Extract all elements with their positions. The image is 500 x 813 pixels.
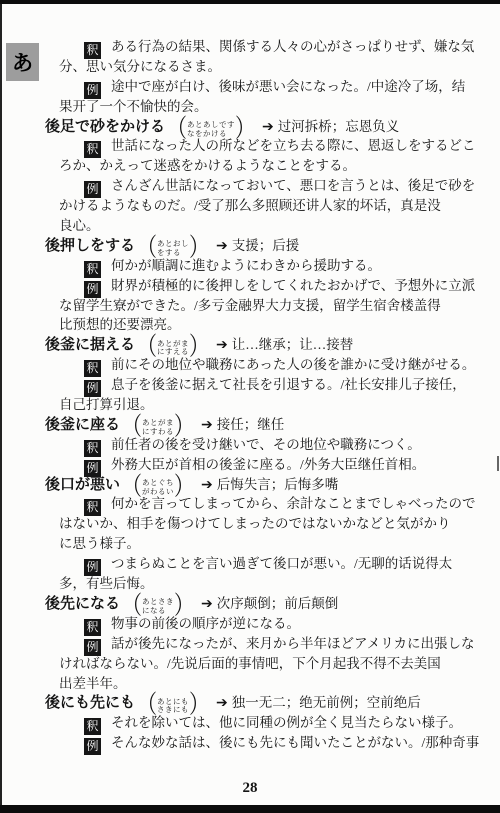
dict-line: 果开了一个不愉快的会。	[0, 97, 500, 117]
line-text: 果开了一个不愉快的会。	[59, 99, 208, 114]
line-text: 息子を後釜に据えて社長を引退する。/社长安排儿子接任，	[111, 377, 466, 392]
paren-open: （	[137, 236, 157, 261]
dict-line: 例さんざん世話になっておいて、悪口を言うとは、後足で砂を	[0, 176, 500, 196]
line-text: 良心。	[59, 218, 100, 233]
line-text: 財界が積極的に後押しをしてくれたおかげで、予想外に立派	[111, 278, 475, 293]
dict-line: 良心。	[0, 216, 500, 236]
paren-close: ）	[235, 117, 255, 142]
line-text: 外務大臣が首相の後釜に座る。/外务大臣继任首相。	[111, 457, 425, 472]
entry-headword: 後口が悪い	[45, 476, 120, 493]
dict-line: な留学生寮ができた。/多亏金融界大力支援，留学生宿舍楼盖得	[0, 296, 500, 316]
furigana-reading: あとさきになる	[142, 598, 174, 615]
chinese-translation: 过河拆桥；忘恩负义	[278, 119, 400, 134]
entry-headline: 後先になる（あとさきになる）➔次序颠倒；前后颠倒	[0, 594, 500, 614]
scan-border-top	[0, 0, 500, 4]
dict-line: 出差半年。	[0, 674, 500, 694]
furigana-reading: あとがまにすえる	[157, 340, 189, 357]
paren-close: ）	[174, 415, 194, 440]
dict-line: 釈何かが順調に進むようにわきから援助する。	[0, 256, 500, 276]
line-text: 比预想的还要漂亮。	[59, 317, 181, 332]
arrow-icon: ➔	[262, 120, 274, 135]
dict-line: ろか、かえって迷惑をかけるようなことをする。	[0, 156, 500, 176]
dict-line: 多，有些后悔。	[0, 574, 500, 594]
dict-line: 釈前任者の後を受け継いで、その地位や職務につく。	[0, 435, 500, 455]
entry-headword: 後押しをする	[45, 237, 135, 254]
dict-line: 釈前にその地位や職務にあった人の後を誰かに受け継がせる。	[0, 355, 500, 375]
dict-line: 例息子を後釜に据えて社長を引退する。/社长安排儿子接任，	[0, 375, 500, 395]
dict-line: 比预想的还要漂亮。	[0, 315, 500, 335]
line-text: はないか、相手を傷つけてしまったのではないかなどと気がかり	[59, 516, 451, 531]
paren-open: （	[122, 475, 142, 500]
furigana-reading: あとおしをする	[157, 240, 189, 257]
paren-open: （	[137, 694, 157, 719]
paren-close: ）	[189, 336, 209, 361]
dict-line: かけるようなものだ。/受了那么多照顾还讲人家的坏话，真是没	[0, 196, 500, 216]
line-text: ろか、かえって迷惑をかけるようなことをする。	[59, 158, 356, 173]
line-text: 途中で座が白け、後味が悪い会になった。/中途冷了场，结	[111, 79, 465, 94]
line-text: 多，有些后悔。	[59, 576, 154, 591]
dict-line: 釈物事の前後の順序が逆になる。	[0, 614, 500, 634]
paren-open: （	[137, 336, 157, 361]
furigana-reading: あとにもさきにも	[157, 698, 189, 715]
line-text: ある行為の結果、関係する人々の心がさっぱりせず、嫌な気	[111, 39, 474, 54]
furigana-reading: あとぐちがわるい	[142, 479, 174, 496]
scan-border-bottom	[0, 805, 500, 813]
line-text: それを除いては、他に同種の例が全く見当たらない様子。	[111, 715, 462, 730]
furigana-reading: あとあしですなをかける	[187, 121, 235, 138]
dict-line: 釈何かを言ってしまってから、余計なことまでしゃべったので	[0, 494, 500, 514]
arrow-icon: ➔	[201, 597, 213, 612]
paren-close: ）	[189, 694, 209, 719]
line-text: つまらぬことを言い過ぎて後口が悪い。/无聊的话说得太	[111, 556, 452, 571]
entry-headword: 後足で砂をかける	[45, 118, 165, 135]
page-number: 28	[0, 780, 500, 797]
chinese-translation: 后悔失言；后悔多嘴	[217, 477, 339, 492]
entry-headword: 後釜に据える	[45, 336, 135, 353]
line-text: さんざん世話になっておいて、悪口を言うとは、後足で砂を	[111, 178, 475, 193]
dictionary-page: あ 釈ある行為の結果、関係する人々の心がさっぱりせず、嫌な気 分、思い気分になる…	[0, 0, 500, 813]
entry-headword: 後にも先にも	[45, 694, 135, 711]
line-text: 世話になった人の所などを立ち去る際に、恩返しをするどこ	[111, 138, 476, 153]
dict-line: 例外務大臣が首相の後釜に座る。/外务大臣继任首相。	[0, 455, 500, 475]
line-text: 話が後先になったが、来月から半年ほどアメリカに出張しな	[111, 636, 475, 651]
arrow-icon: ➔	[216, 239, 228, 254]
chinese-translation: 接任；继任	[217, 417, 285, 432]
dict-line: 分、思い気分になるさま。	[0, 57, 500, 77]
dict-line: 自己打算引退。	[0, 395, 500, 415]
chinese-translation: 让…继承；让…接替	[232, 337, 354, 352]
dict-line: 例つまらぬことを言い過ぎて後口が悪い。/无聊的话说得太	[0, 554, 500, 574]
chinese-translation: 次序颠倒；前后颠倒	[217, 596, 339, 611]
example-marker: 例	[84, 738, 101, 755]
line-text: な留学生寮ができた。/多亏金融界大力支援，留学生宿舍楼盖得	[59, 298, 441, 313]
dict-line: 釈ある行為の結果、関係する人々の心がさっぱりせず、嫌な気	[0, 37, 500, 57]
line-text: 自己打算引退。	[59, 397, 154, 412]
dict-line: 例財界が積極的に後押しをしてくれたおかげで、予想外に立派	[0, 276, 500, 296]
line-text: 前任者の後を受け継いで、その地位や職務につく。	[111, 437, 421, 452]
line-text: ければならない。/先说后面的事情吧，下个月起我不得不去美国	[59, 656, 441, 671]
line-text: かけるようなものだ。/受了那么多照顾还讲人家的坏话，真是没	[59, 198, 441, 213]
entry-headword: 後釜に座る	[45, 416, 120, 433]
dict-line: ければならない。/先说后面的事情吧，下个月起我不得不去美国	[0, 654, 500, 674]
dict-line: 釈それを除いては、他に同種の例が全く見当たらない様子。	[0, 713, 500, 733]
entry-headline: 後釜に据える（あとがまにすえる）➔让…继承；让…接替	[0, 335, 500, 355]
entry-headline: 後口が悪い（あとぐちがわるい）➔后悔失言；后悔多嘴	[0, 475, 500, 495]
dict-line: 例途中で座が白け、後味が悪い会になった。/中途冷了场，结	[0, 77, 500, 97]
paren-close: ）	[189, 236, 209, 261]
dict-line: に思う様子。	[0, 534, 500, 554]
dict-line: はないか、相手を傷つけてしまったのではないかなどと気がかり	[0, 514, 500, 534]
entry-headword: 後先になる	[45, 595, 120, 612]
arrow-icon: ➔	[201, 478, 213, 493]
entry-headline: 後釜に座る（あとがまにすわる）➔接任；继任	[0, 415, 500, 435]
line-text: 分、思い気分になるさま。	[59, 59, 221, 74]
line-text: 何かを言ってしまってから、余計なことまでしゃべったので	[111, 496, 476, 511]
line-text: 前にその地位や職務にあった人の後を誰かに受け継がせる。	[111, 357, 475, 372]
paren-close: ）	[174, 475, 194, 500]
dict-line: 例話が後先になったが、来月から半年ほどアメリカに出張しな	[0, 634, 500, 654]
paren-close: ）	[174, 594, 194, 619]
line-text: に思う様子。	[59, 536, 140, 551]
line-text: そんな妙な話は、後にも先にも聞いたことがない。/那种奇事	[111, 735, 479, 750]
arrow-icon: ➔	[201, 418, 213, 433]
paren-open: （	[122, 594, 142, 619]
arrow-icon: ➔	[216, 696, 228, 711]
page-content: 釈ある行為の結果、関係する人々の心がさっぱりせず、嫌な気 分、思い気分になるさま…	[0, 37, 500, 753]
entry-headline: 後押しをする（あとおしをする）➔支援；后援	[0, 236, 500, 256]
paren-open: （	[122, 415, 142, 440]
arrow-icon: ➔	[216, 338, 228, 353]
paren-open: （	[167, 117, 187, 142]
entry-headline: 後足で砂をかける（あとあしですなをかける）➔过河拆桥；忘恩负义	[0, 117, 500, 137]
chinese-translation: 支援；后援	[232, 238, 300, 253]
entry-headline: 後にも先にも（あとにもさきにも）➔独一无二；绝无前例；空前绝后	[0, 693, 500, 713]
furigana-reading: あとがまにすわる	[142, 419, 174, 436]
dict-line: 例そんな妙な話は、後にも先にも聞いたことがない。/那种奇事	[0, 733, 500, 753]
line-text: 出差半年。	[59, 676, 127, 691]
chinese-translation: 独一无二；绝无前例；空前绝后	[232, 695, 421, 710]
